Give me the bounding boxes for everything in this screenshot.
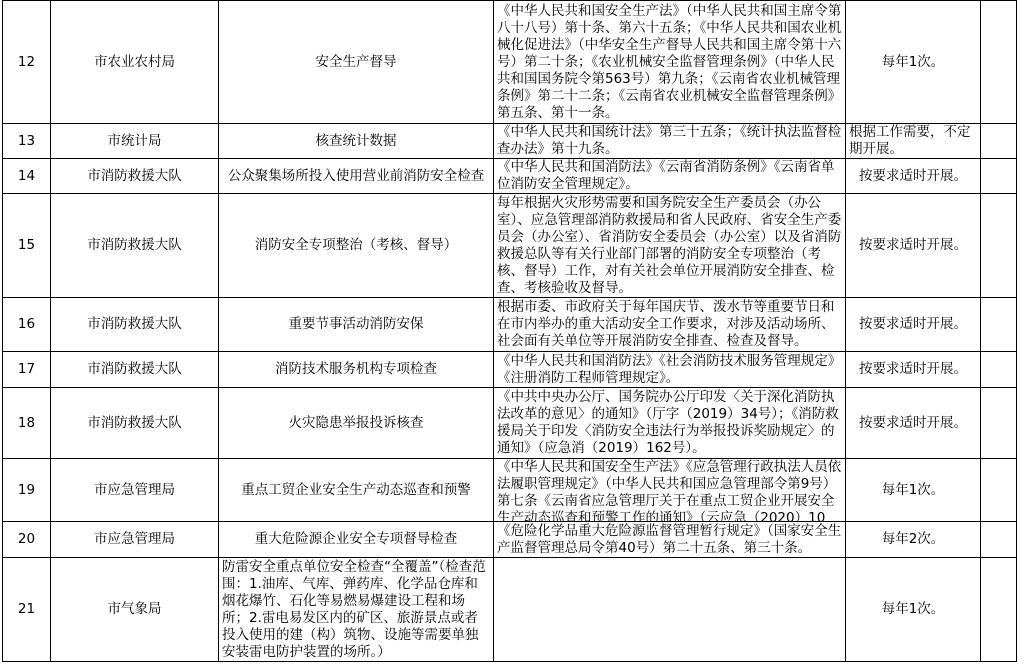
department-name: 市统计局 <box>54 133 215 150</box>
department-name: 市消防救援大队 <box>54 316 215 333</box>
remark-cell <box>981 1 1017 124</box>
frequency-cell: 根据工作需要，不定期开展。 <box>846 124 981 159</box>
inspection-item: 重要节事活动消防安保 <box>222 316 490 333</box>
inspection-item: 核查统计数据 <box>222 133 490 150</box>
frequency-cell: 每年1次。 <box>846 558 981 662</box>
legal-basis: 《中华人民共和国消防法》《社会消防技术服务管理规定》《注册消防工程师管理规定》。 <box>497 353 842 387</box>
frequency: 按要求适时开展。 <box>849 361 977 378</box>
frequency-cell: 按要求适时开展。 <box>846 194 981 298</box>
row-number-cell: 15 <box>3 194 51 298</box>
remark-cell <box>981 388 1017 459</box>
remark-cell <box>981 558 1017 662</box>
frequency: 每年1次。 <box>849 601 977 618</box>
frequency: 按要求适时开展。 <box>849 415 977 432</box>
legal-basis-cell: 《中华人民共和国消防法》《社会消防技术服务管理规定》《注册消防工程师管理规定》。 <box>494 352 846 388</box>
remark-cell <box>981 194 1017 298</box>
inspection-item-cell: 防雷安全重点单位安全检查“全覆盖”（检查范围：1.油库、气库、弹药库、化学品仓库… <box>219 558 494 662</box>
inspection-item: 消防安全专项整治（考核、督导） <box>222 237 490 254</box>
legal-basis: 《中华人民共和国安全生产法》《应急管理行政执法人员依法履职管理规定》（中华人民共… <box>497 459 842 521</box>
frequency: 每年1次。 <box>849 482 977 499</box>
row-number-cell: 19 <box>3 459 51 522</box>
department-cell: 市应急管理局 <box>51 459 219 522</box>
legal-basis: 《中共中央办公厅、国务院办公厅印发〈关于深化消防执法改革的意见〉的通知》（厅字（… <box>497 389 842 457</box>
enforcement-items-table: 12 市农业农村局 安全生产督导 《中华人民共和国安全生产法》（中华人民共和国主… <box>2 0 1017 662</box>
frequency: 每年1次。 <box>849 54 977 71</box>
frequency: 按要求适时开展。 <box>849 316 977 333</box>
department-name: 市气象局 <box>54 601 215 618</box>
legal-basis-cell: 《中华人民共和国统计法》第三十五条；《统计执法监督检查办法》第十九条。 <box>494 124 846 159</box>
legal-basis: 《中华人民共和国统计法》第三十五条；《统计执法监督检查办法》第十九条。 <box>497 124 842 158</box>
frequency-cell: 按要求适时开展。 <box>846 352 981 388</box>
row-number: 12 <box>6 54 47 71</box>
department-name: 市农业农村局 <box>54 54 215 71</box>
frequency: 根据工作需要，不定期开展。 <box>849 124 977 158</box>
frequency: 按要求适时开展。 <box>849 237 977 254</box>
inspection-item-cell: 重大危险源企业安全专项督导检查 <box>219 522 494 558</box>
department-cell: 市气象局 <box>51 558 219 662</box>
department-cell: 市应急管理局 <box>51 522 219 558</box>
department-name: 市应急管理局 <box>54 531 215 548</box>
row-number-cell: 18 <box>3 388 51 459</box>
department-name: 市应急管理局 <box>54 482 215 499</box>
row-number: 14 <box>6 168 47 185</box>
row-number-cell: 17 <box>3 352 51 388</box>
table-row: 13 市统计局 核查统计数据 《中华人民共和国统计法》第三十五条；《统计执法监督… <box>3 124 1017 159</box>
table-row: 14 市消防救援大队 公众聚集场所投入使用营业前消防安全检查 《中华人民共和国消… <box>3 159 1017 194</box>
inspection-item-cell: 重点工贸企业安全生产动态巡查和预警 <box>219 459 494 522</box>
frequency-cell: 每年1次。 <box>846 459 981 522</box>
frequency: 每年2次。 <box>849 531 977 548</box>
row-number: 15 <box>6 237 47 254</box>
legal-basis: 《危险化学品重大危险源监督管理暂行规定》（国家安全生产监督管理总局令第40号）第… <box>497 523 842 557</box>
remark-cell <box>981 522 1017 558</box>
legal-basis-cell: 《中华人民共和国安全生产法》（中华人民共和国主席令第八十八号）第十条、第六十五条… <box>494 1 846 124</box>
inspection-item: 消防技术服务机构专项检查 <box>222 361 490 378</box>
legal-basis-cell: 《危险化学品重大危险源监督管理暂行规定》（国家安全生产监督管理总局令第40号）第… <box>494 522 846 558</box>
row-number-cell: 21 <box>3 558 51 662</box>
department-name: 市消防救援大队 <box>54 237 215 254</box>
legal-basis-cell: 根据市委、市政府关于每年国庆节、泼水节等重要节日和在市内举办的重大活动安全工作要… <box>494 298 846 352</box>
department-cell: 市消防救援大队 <box>51 159 219 194</box>
department-name: 市消防救援大队 <box>54 361 215 378</box>
legal-basis-cell: 《中共中央办公厅、国务院办公厅印发〈关于深化消防执法改革的意见〉的通知》（厅字（… <box>494 388 846 459</box>
department-cell: 市消防救援大队 <box>51 298 219 352</box>
table-row: 21 市气象局 防雷安全重点单位安全检查“全覆盖”（检查范围：1.油库、气库、弹… <box>3 558 1017 662</box>
department-cell: 市消防救援大队 <box>51 388 219 459</box>
table-row: 12 市农业农村局 安全生产督导 《中华人民共和国安全生产法》（中华人民共和国主… <box>3 1 1017 124</box>
inspection-item: 安全生产督导 <box>222 54 490 71</box>
frequency-cell: 按要求适时开展。 <box>846 159 981 194</box>
legal-basis: 《中华人民共和国消防法》《云南省消防条例》《云南省单位消防安全管理规定》。 <box>497 159 842 193</box>
inspection-item-cell: 消防安全专项整治（考核、督导） <box>219 194 494 298</box>
frequency-cell: 每年2次。 <box>846 522 981 558</box>
department-cell: 市消防救援大队 <box>51 194 219 298</box>
row-number-cell: 20 <box>3 522 51 558</box>
inspection-item: 重大危险源企业安全专项督导检查 <box>222 531 490 548</box>
inspection-item: 火灾隐患举报投诉核查 <box>222 415 490 432</box>
inspection-item-cell: 核查统计数据 <box>219 124 494 159</box>
row-number: 21 <box>6 601 47 618</box>
inspection-item-cell: 消防技术服务机构专项检查 <box>219 352 494 388</box>
row-number: 18 <box>6 415 47 432</box>
table-row: 17 市消防救援大队 消防技术服务机构专项检查 《中华人民共和国消防法》《社会消… <box>3 352 1017 388</box>
frequency-cell: 按要求适时开展。 <box>846 388 981 459</box>
remark-cell <box>981 159 1017 194</box>
legal-basis: 《中华人民共和国安全生产法》（中华人民共和国主席令第八十八号）第十条、第六十五条… <box>497 3 842 122</box>
document-page: 12 市农业农村局 安全生产督导 《中华人民共和国安全生产法》（中华人民共和国主… <box>0 0 1023 669</box>
remark-cell <box>981 459 1017 522</box>
row-number: 17 <box>6 361 47 378</box>
table-row: 19 市应急管理局 重点工贸企业安全生产动态巡查和预警 《中华人民共和国安全生产… <box>3 459 1017 522</box>
remark-cell <box>981 352 1017 388</box>
row-number: 16 <box>6 316 47 333</box>
row-number: 20 <box>6 531 47 548</box>
inspection-item-cell: 重要节事活动消防安保 <box>219 298 494 352</box>
table-row: 18 市消防救援大队 火灾隐患举报投诉核查 《中共中央办公厅、国务院办公厅印发〈… <box>3 388 1017 459</box>
department-cell: 市农业农村局 <box>51 1 219 124</box>
legal-basis-cell <box>494 558 846 662</box>
inspection-item: 重点工贸企业安全生产动态巡查和预警 <box>222 482 490 499</box>
frequency-cell: 每年1次。 <box>846 1 981 124</box>
department-cell: 市消防救援大队 <box>51 352 219 388</box>
inspection-item: 防雷安全重点单位安全检查“全覆盖”（检查范围：1.油库、气库、弹药库、化学品仓库… <box>222 559 490 661</box>
table-row: 15 市消防救援大队 消防安全专项整治（考核、督导） 每年根据火灾形势需要和国务… <box>3 194 1017 298</box>
row-number-cell: 14 <box>3 159 51 194</box>
legal-basis: 每年根据火灾形势需要和国务院安全生产委员会（办公室）、应急管理部消防救援局和省人… <box>497 195 842 297</box>
remark-cell <box>981 298 1017 352</box>
department-cell: 市统计局 <box>51 124 219 159</box>
row-number-cell: 16 <box>3 298 51 352</box>
inspection-item-cell: 公众聚集场所投入使用营业前消防安全检查 <box>219 159 494 194</box>
frequency: 按要求适时开展。 <box>849 168 977 185</box>
department-name: 市消防救援大队 <box>54 415 215 432</box>
table-row: 16 市消防救援大队 重要节事活动消防安保 根据市委、市政府关于每年国庆节、泼水… <box>3 298 1017 352</box>
legal-basis-cell: 《中华人民共和国安全生产法》《应急管理行政执法人员依法履职管理规定》（中华人民共… <box>494 459 846 522</box>
remark-cell <box>981 124 1017 159</box>
row-number-cell: 13 <box>3 124 51 159</box>
row-number-cell: 12 <box>3 1 51 124</box>
inspection-item: 公众聚集场所投入使用营业前消防安全检查 <box>222 168 490 185</box>
row-number: 13 <box>6 133 47 150</box>
table-row: 20 市应急管理局 重大危险源企业安全专项督导检查 《危险化学品重大危险源监督管… <box>3 522 1017 558</box>
frequency-cell: 按要求适时开展。 <box>846 298 981 352</box>
legal-basis-cell: 《中华人民共和国消防法》《云南省消防条例》《云南省单位消防安全管理规定》。 <box>494 159 846 194</box>
inspection-item-cell: 安全生产督导 <box>219 1 494 124</box>
legal-basis: 根据市委、市政府关于每年国庆节、泼水节等重要节日和在市内举办的重大活动安全工作要… <box>497 299 842 350</box>
row-number: 19 <box>6 482 47 499</box>
department-name: 市消防救援大队 <box>54 168 215 185</box>
legal-basis-cell: 每年根据火灾形势需要和国务院安全生产委员会（办公室）、应急管理部消防救援局和省人… <box>494 194 846 298</box>
inspection-item-cell: 火灾隐患举报投诉核查 <box>219 388 494 459</box>
